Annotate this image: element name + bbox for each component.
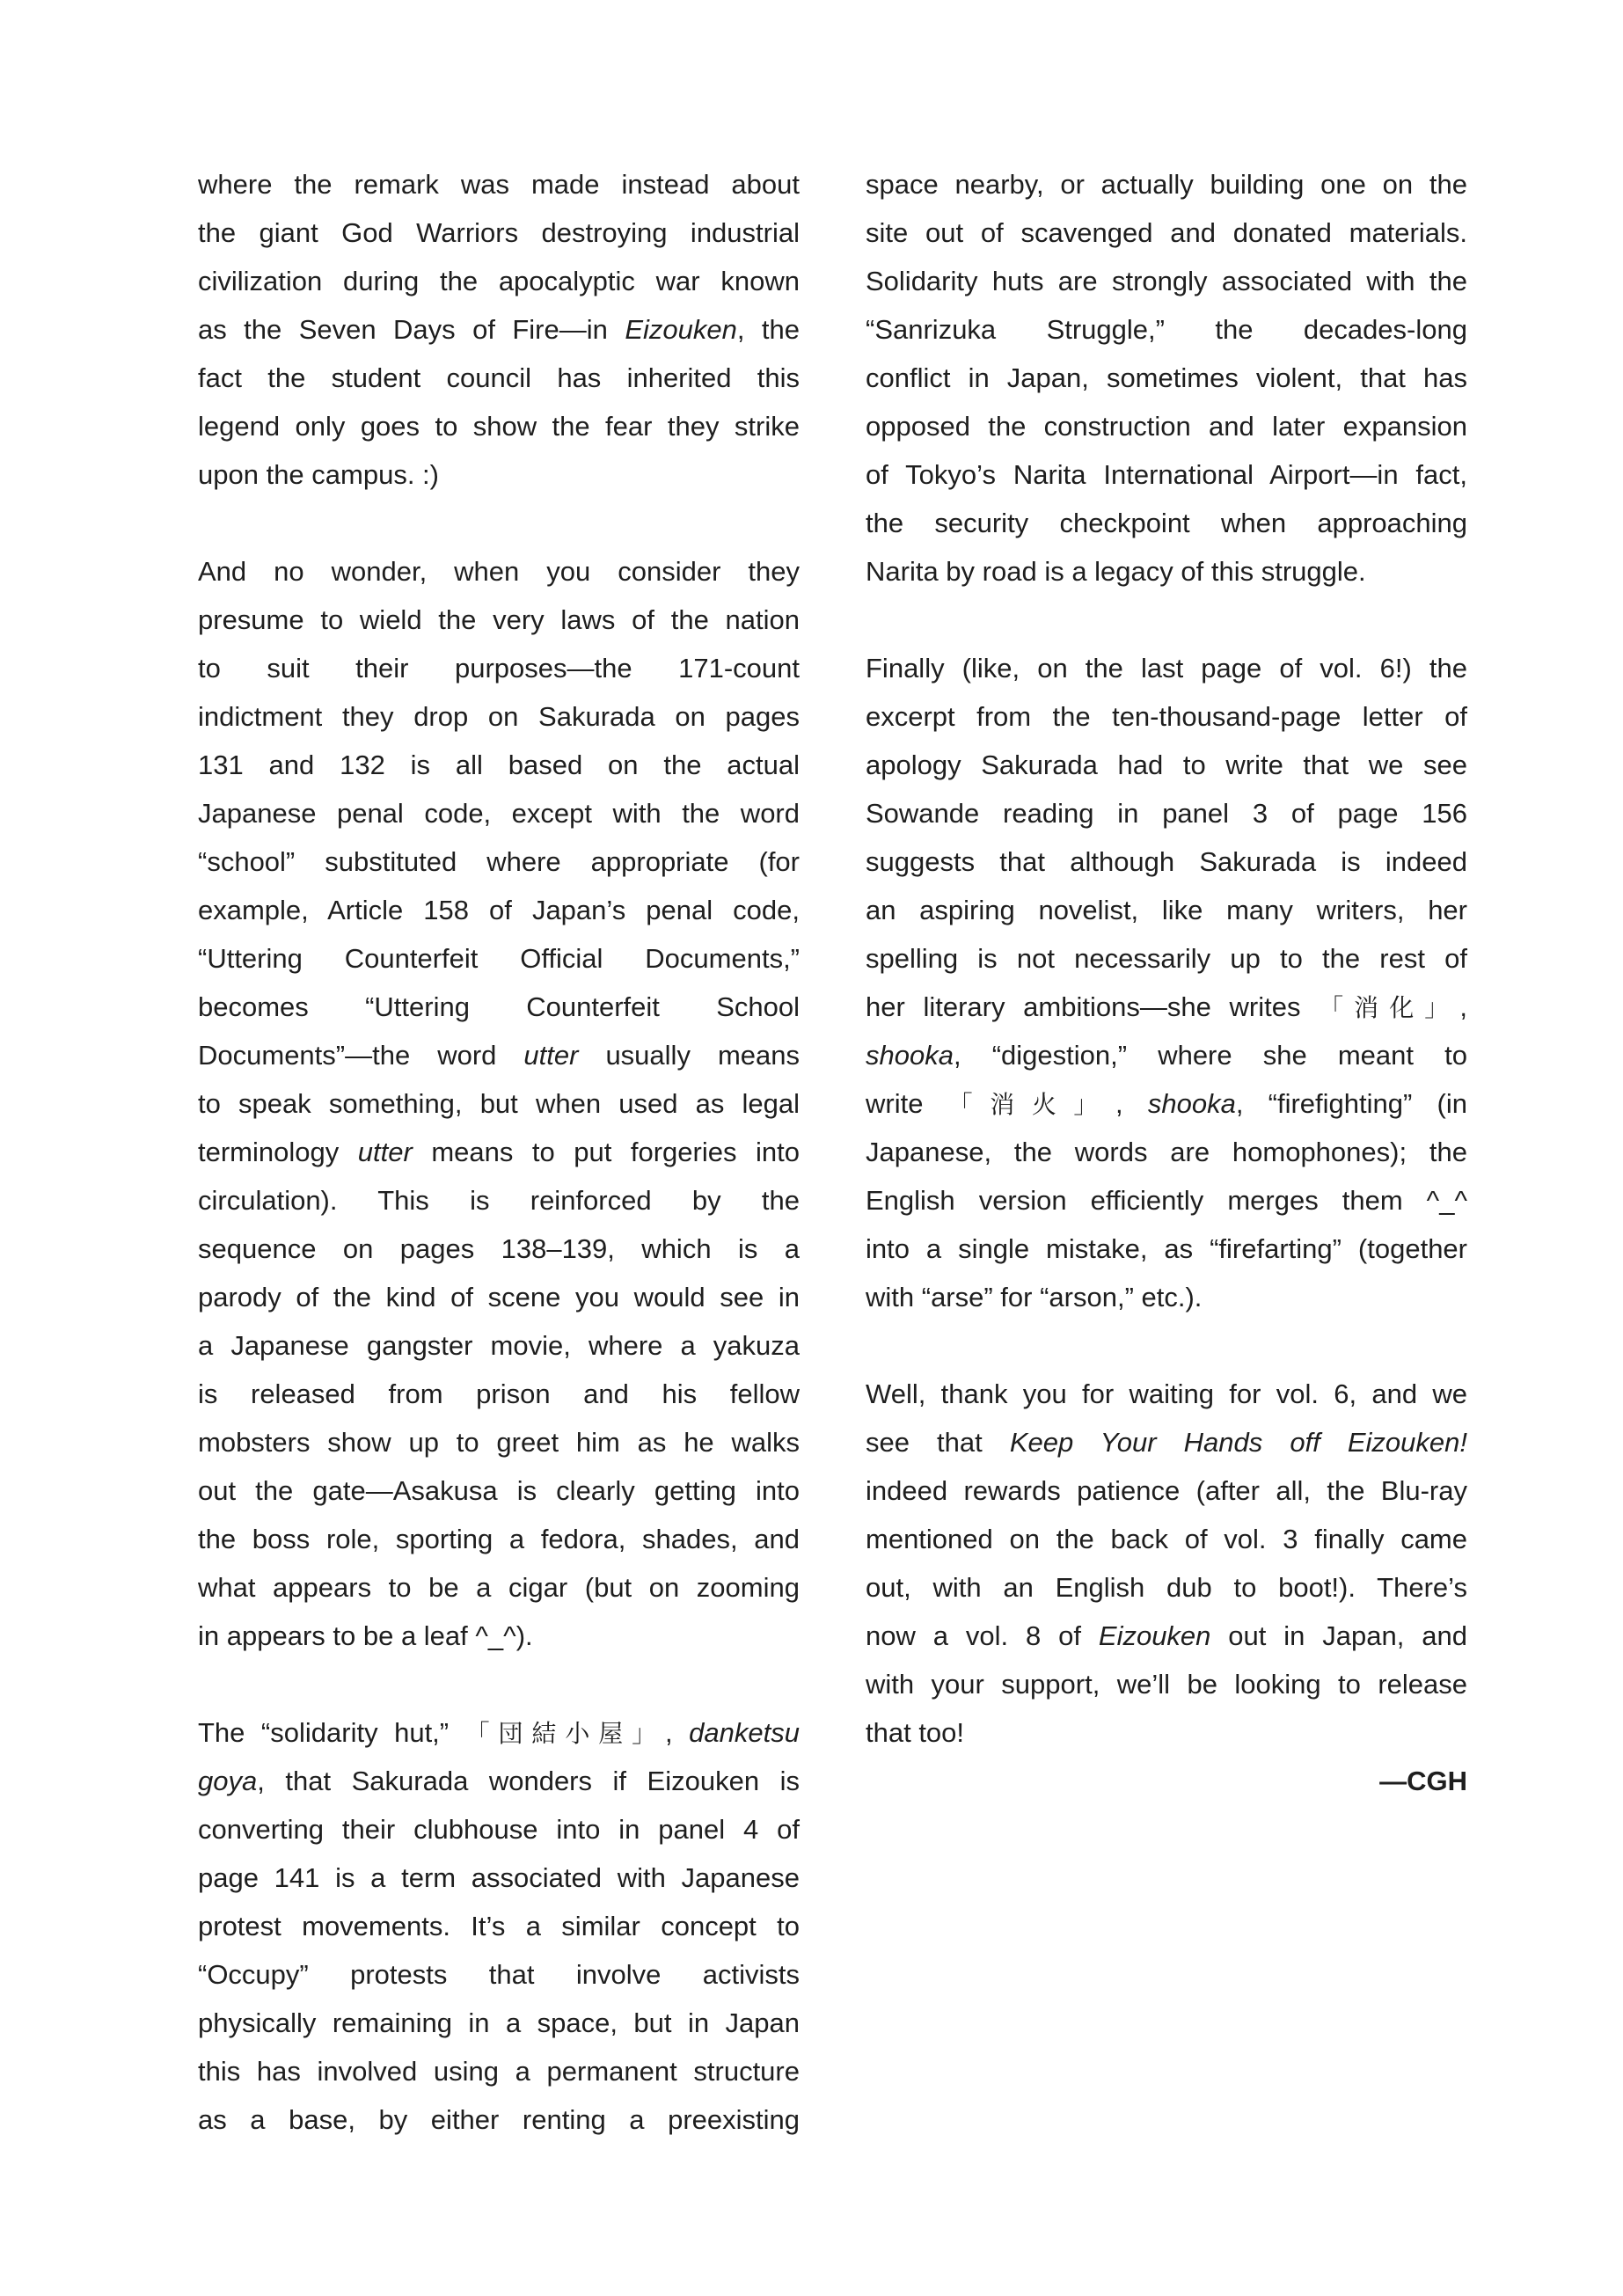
text-line: with your support, we’ll be looking to r… xyxy=(866,1660,1467,1708)
text-line: where the remark was made instead about xyxy=(198,160,800,208)
text-line: converting their clubhouse into in panel… xyxy=(198,1805,800,1854)
text-line: is released from prison and his fellow xyxy=(198,1370,800,1418)
italic-text: shooka xyxy=(866,1040,954,1071)
text-line: with “arse” for “arson,” etc.). xyxy=(866,1273,1467,1321)
text-line: opposed the construction and later expan… xyxy=(866,402,1467,450)
text-run: apology Sakurada had to write that we se… xyxy=(866,749,1467,780)
text-run: excerpt from the ten-thousand-page lette… xyxy=(866,701,1467,732)
japanese-text: 「消火」 xyxy=(948,1090,1115,1119)
paragraph-gap xyxy=(866,1321,1467,1370)
text-line: fact the student council has inherited t… xyxy=(198,354,800,402)
text-run: site out of scavenged and donated materi… xyxy=(866,217,1467,248)
text-run: converting their clubhouse into in panel… xyxy=(198,1814,800,1845)
text-line: English version efficiently merges them … xyxy=(866,1176,1467,1225)
text-run: now a vol. 8 of xyxy=(866,1620,1099,1651)
text-run: to suit their purposes—the 171-count xyxy=(198,653,800,684)
text-line: legend only goes to show the fear they s… xyxy=(198,402,800,450)
text-run: spelling is not necessarily up to the re… xyxy=(866,943,1467,974)
text-run: with “arse” for “arson,” etc.). xyxy=(866,1282,1202,1313)
text-line: excerpt from the ten-thousand-page lette… xyxy=(866,692,1467,741)
text-run: becomes “Uttering Counterfeit School xyxy=(198,991,800,1022)
text-run: the security checkpoint when approaching xyxy=(866,508,1467,538)
text-line: Japanese, the words are homophones); the xyxy=(866,1128,1467,1176)
text-line: to speak something, but when used as leg… xyxy=(198,1079,800,1128)
text-run: Sowande reading in panel 3 of page 156 xyxy=(866,798,1467,829)
text-run: page 141 is a term associated with Japan… xyxy=(198,1862,800,1893)
text-line: example, Article 158 of Japan’s penal co… xyxy=(198,886,800,934)
italic-text: shooka xyxy=(1148,1088,1236,1119)
text-run: out the gate—Asakusa is clearly getting … xyxy=(198,1475,800,1506)
text-line: Japanese penal code, except with the wor… xyxy=(198,789,800,837)
text-line: shooka, “digestion,” where she meant to xyxy=(866,1031,1467,1079)
text-run: indictment they drop on Sakurada on page… xyxy=(198,701,800,732)
text-line: to suit their purposes—the 171-count xyxy=(198,644,800,692)
text-run: The “solidarity hut,” xyxy=(198,1717,465,1748)
text-run: English version efficiently merges them … xyxy=(866,1185,1467,1216)
text-run: Well, thank you for waiting for vol. 6, … xyxy=(866,1378,1467,1409)
text-line: as a base, by either renting a preexisti… xyxy=(198,2095,800,2144)
text-run: , that Sakurada wonders if Eizouken is xyxy=(257,1766,800,1796)
text-run: example, Article 158 of Japan’s penal co… xyxy=(198,895,800,925)
text-line: page 141 is a term associated with Japan… xyxy=(198,1854,800,1902)
text-line: her literary ambitions—she writes 「消化」, xyxy=(866,983,1467,1031)
text-run: , xyxy=(1459,991,1467,1022)
text-run: , xyxy=(665,1717,689,1748)
text-line: the giant God Warriors destroying indust… xyxy=(198,208,800,257)
text-run: in appears to be a leaf ^_^). xyxy=(198,1620,533,1651)
text-run: And no wonder, when you consider they xyxy=(198,556,800,587)
text-line: physically remaining in a space, but in … xyxy=(198,1999,800,2047)
left-column: where the remark was made instead aboutt… xyxy=(198,160,800,2144)
text-run: “Uttering Counterfeit Official Documents… xyxy=(198,943,800,974)
japanese-text: 「消化」 xyxy=(1319,993,1459,1022)
text-run: terminology xyxy=(198,1137,358,1167)
text-run: Documents”—the word xyxy=(198,1040,523,1071)
text-run: upon the campus. :) xyxy=(198,459,439,490)
text-run: that too! xyxy=(866,1717,964,1748)
text-run: parody of the kind of scene you would se… xyxy=(198,1282,800,1313)
text-run: with your support, we’ll be looking to r… xyxy=(866,1669,1467,1700)
japanese-text: 「団結小屋」 xyxy=(465,1719,665,1748)
italic-text: Eizouken xyxy=(625,314,737,345)
text-run: the boss role, sporting a fedora, shades… xyxy=(198,1524,800,1554)
text-line: a Japanese gangster movie, where a yakuz… xyxy=(198,1321,800,1370)
text-run: circulation). This is reinforced by the xyxy=(198,1185,800,1216)
text-line: apology Sakurada had to write that we se… xyxy=(866,741,1467,789)
text-line: “school” substituted where appropriate (… xyxy=(198,837,800,886)
author-signature: —CGH xyxy=(866,1757,1467,1805)
text-line: indeed rewards patience (after all, the … xyxy=(866,1466,1467,1515)
text-line: protest movements. It’s a similar concep… xyxy=(198,1902,800,1950)
text-line: suggests that although Sakurada is indee… xyxy=(866,837,1467,886)
text-line: sequence on pages 138–139, which is a xyxy=(198,1225,800,1273)
text-line: the security checkpoint when approaching xyxy=(866,499,1467,547)
text-line: 131 and 132 is all based on the actual xyxy=(198,741,800,789)
text-line: parody of the kind of scene you would se… xyxy=(198,1273,800,1321)
text-run: the giant God Warriors destroying indust… xyxy=(198,217,800,248)
text-line: write 「消火」, shooka, “firefighting” (in xyxy=(866,1079,1467,1128)
text-run: mobsters show up to greet him as he walk… xyxy=(198,1427,800,1458)
text-line: out, with an English dub to boot!). Ther… xyxy=(866,1563,1467,1612)
text-run: usually means xyxy=(578,1040,800,1071)
text-line: an aspiring novelist, like many writers,… xyxy=(866,886,1467,934)
text-run: “Sanrizuka Struggle,” the decades-long xyxy=(866,314,1467,345)
text-line: Sowande reading in panel 3 of page 156 xyxy=(866,789,1467,837)
italic-text: goya xyxy=(198,1766,257,1796)
text-line: conflict in Japan, sometimes violent, th… xyxy=(866,354,1467,402)
text-run: write xyxy=(866,1088,948,1119)
text-run: “Occupy” protests that involve activists xyxy=(198,1959,800,1990)
text-line: in appears to be a leaf ^_^). xyxy=(198,1612,800,1660)
text-line: goya, that Sakurada wonders if Eizouken … xyxy=(198,1757,800,1805)
text-run: conflict in Japan, sometimes violent, th… xyxy=(866,362,1467,393)
text-line: mentioned on the back of vol. 3 finally … xyxy=(866,1515,1467,1563)
text-run: protest movements. It’s a similar concep… xyxy=(198,1911,800,1941)
text-line: spelling is not necessarily up to the re… xyxy=(866,934,1467,983)
text-run: mentioned on the back of vol. 3 finally … xyxy=(866,1524,1467,1554)
text-run: suggests that although Sakurada is indee… xyxy=(866,846,1467,877)
text-line: Well, thank you for waiting for vol. 6, … xyxy=(866,1370,1467,1418)
text-line: “Uttering Counterfeit Official Documents… xyxy=(198,934,800,983)
text-line: “Occupy” protests that involve activists xyxy=(198,1950,800,1999)
text-run: an aspiring novelist, like many writers,… xyxy=(866,895,1467,925)
text-line: site out of scavenged and donated materi… xyxy=(866,208,1467,257)
italic-text: utter xyxy=(523,1040,578,1071)
text-run: Finally (like, on the last page of vol. … xyxy=(866,653,1467,684)
text-line: out the gate—Asakusa is clearly getting … xyxy=(198,1466,800,1515)
text-line: the boss role, sporting a fedora, shades… xyxy=(198,1515,800,1563)
text-run: of Tokyo’s Narita International Airport—… xyxy=(866,459,1467,490)
paragraph-gap xyxy=(198,1660,800,1708)
text-line: The “solidarity hut,” 「団結小屋」, danketsu xyxy=(198,1708,800,1757)
text-line: presume to wield the very laws of the na… xyxy=(198,596,800,644)
text-line: upon the campus. :) xyxy=(198,450,800,499)
text-run: 131 and 132 is all based on the actual xyxy=(198,749,800,780)
text-run: means to put forgeries into xyxy=(413,1137,800,1167)
text-run: , “firefighting” (in xyxy=(1236,1088,1467,1119)
text-line: terminology utter means to put forgeries… xyxy=(198,1128,800,1176)
text-line: becomes “Uttering Counterfeit School xyxy=(198,983,800,1031)
text-run: civilization during the apocalyptic war … xyxy=(198,266,800,296)
text-line: Narita by road is a legacy of this strug… xyxy=(866,547,1467,596)
text-run: see that xyxy=(866,1427,1010,1458)
text-run: is released from prison and his fellow xyxy=(198,1378,800,1409)
text-line: of Tokyo’s Narita International Airport—… xyxy=(866,450,1467,499)
text-line: Solidarity huts are strongly associated … xyxy=(866,257,1467,305)
document-page: where the remark was made instead aboutt… xyxy=(0,0,1623,2296)
text-run: space nearby, or actually building one o… xyxy=(866,169,1467,200)
paragraph-gap xyxy=(198,499,800,547)
text-run: legend only goes to show the fear they s… xyxy=(198,411,800,442)
text-line: civilization during the apocalyptic war … xyxy=(198,257,800,305)
text-line: what appears to be a cigar (but on zoomi… xyxy=(198,1563,800,1612)
text-line: see that Keep Your Hands off Eizouken! xyxy=(866,1418,1467,1466)
text-run: where the remark was made instead about xyxy=(198,169,800,200)
text-line: now a vol. 8 of Eizouken out in Japan, a… xyxy=(866,1612,1467,1660)
text-run: presume to wield the very laws of the na… xyxy=(198,604,800,635)
text-line: “Sanrizuka Struggle,” the decades-long xyxy=(866,305,1467,354)
text-run: , xyxy=(1115,1088,1148,1119)
text-line: Documents”—the word utter usually means xyxy=(198,1031,800,1079)
italic-text: utter xyxy=(358,1137,413,1167)
text-run: fact the student council has inherited t… xyxy=(198,362,800,393)
text-run: , “digestion,” where she meant to xyxy=(954,1040,1467,1071)
text-run: as the Seven Days of Fire—in xyxy=(198,314,625,345)
text-run: physically remaining in a space, but in … xyxy=(198,2007,800,2038)
text-line: this has involved using a permanent stru… xyxy=(198,2047,800,2095)
text-run: “school” substituted where appropriate (… xyxy=(198,846,800,877)
text-run: Narita by road is a legacy of this strug… xyxy=(866,556,1366,587)
text-run: opposed the construction and later expan… xyxy=(866,411,1467,442)
paragraph-gap xyxy=(866,596,1467,644)
text-run: indeed rewards patience (after all, the … xyxy=(866,1475,1467,1506)
text-line: into a single mistake, as “firefarting” … xyxy=(866,1225,1467,1273)
text-run: Solidarity huts are strongly associated … xyxy=(866,266,1467,296)
text-line: that too! xyxy=(866,1708,1467,1757)
text-line: Finally (like, on the last page of vol. … xyxy=(866,644,1467,692)
text-run: as a base, by either renting a preexisti… xyxy=(198,2104,800,2135)
text-line: space nearby, or actually building one o… xyxy=(866,160,1467,208)
text-run: a Japanese gangster movie, where a yakuz… xyxy=(198,1330,800,1361)
italic-text: danketsu xyxy=(689,1717,800,1748)
text-line: as the Seven Days of Fire—in Eizouken, t… xyxy=(198,305,800,354)
text-run: into a single mistake, as “firefarting” … xyxy=(866,1233,1467,1264)
text-run: , the xyxy=(737,314,800,345)
text-run: what appears to be a cigar (but on zoomi… xyxy=(198,1572,800,1603)
text-line: circulation). This is reinforced by the xyxy=(198,1176,800,1225)
text-run: Japanese penal code, except with the wor… xyxy=(198,798,800,829)
text-line: And no wonder, when you consider they xyxy=(198,547,800,596)
text-line: indictment they drop on Sakurada on page… xyxy=(198,692,800,741)
text-run: out, with an English dub to boot!). Ther… xyxy=(866,1572,1467,1603)
text-run: sequence on pages 138–139, which is a xyxy=(198,1233,800,1264)
text-line: mobsters show up to greet him as he walk… xyxy=(198,1418,800,1466)
text-run: this has involved using a permanent stru… xyxy=(198,2056,800,2087)
text-run: her literary ambitions—she writes xyxy=(866,991,1319,1022)
italic-text: Eizouken xyxy=(1099,1620,1211,1651)
text-run: to speak something, but when used as leg… xyxy=(198,1088,800,1119)
right-column: space nearby, or actually building one o… xyxy=(866,160,1467,1805)
text-run: out in Japan, and xyxy=(1210,1620,1467,1651)
italic-text: Keep Your Hands off Eizouken! xyxy=(1010,1427,1467,1458)
text-run: Japanese, the words are homophones); the xyxy=(866,1137,1467,1167)
